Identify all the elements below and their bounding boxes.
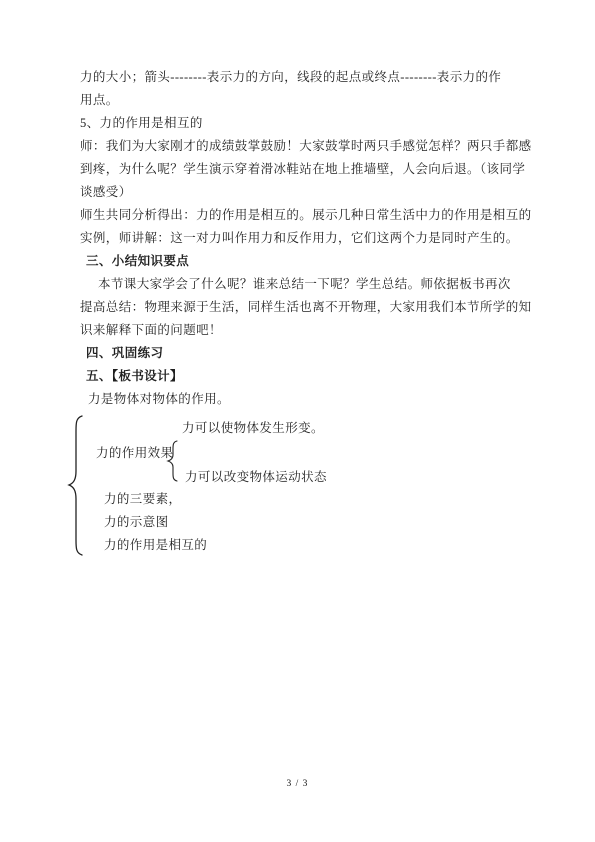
text-line: 力的大小；箭头--------表示力的方向，线段的起点或终点--------表示… — [0, 66, 595, 89]
left-curly-brace-icon — [66, 414, 88, 562]
board-effect-item-2: 力可以改变物体运动状态 — [185, 470, 327, 485]
board-item-diagram: 力的示意图 — [104, 515, 169, 530]
text-line: 提高总结：物理来源于生活，同样生活也离不开物理，大家用我们本节所学的知 — [0, 296, 595, 319]
board-design-diagram: 力可以使物体发生形变。 力的作用效果 力可以改变物体运动状态 力的三要素， 力的… — [0, 412, 595, 572]
section-heading-three: 三、小结知识要点 — [0, 250, 595, 273]
board-intro-line: 力是物体对物体的作用。 — [0, 388, 595, 411]
section-heading-four: 四、巩固练习 — [0, 342, 595, 365]
board-item-elements: 力的三要素， — [104, 492, 181, 507]
text-line: 师：我们为大家刚才的成绩鼓掌鼓励！大家鼓掌时两只手感觉怎样？两只手都感 — [0, 135, 595, 158]
text-line: 谈感受） — [0, 181, 595, 204]
page-number: 3 / 3 — [0, 779, 595, 789]
item-heading-5: 5、力的作用是相互的 — [0, 112, 595, 135]
text-line: 到疼，为什么呢？学生演示穿着滑冰鞋站在地上推墙壁，人会向后退。（该同学 — [0, 158, 595, 181]
small-curly-brace-icon — [166, 439, 180, 487]
board-item-mutual: 力的作用是相互的 — [104, 538, 207, 553]
board-effect-item-1: 力可以使物体发生形变。 — [182, 421, 324, 436]
board-effect-label: 力的作用效果 — [96, 446, 173, 461]
section-heading-five: 五、【板书设计】 — [0, 365, 595, 388]
text-line: 识来解释下面的问题吧！ — [0, 319, 595, 342]
document-body: 力的大小；箭头--------表示力的方向，线段的起点或终点--------表示… — [0, 0, 595, 411]
text-line: 本节课大家学会了什么呢？谁来总结一下呢？学生总结。师依据板书再次 — [0, 273, 595, 296]
text-line: 用点。 — [0, 89, 595, 112]
document-page: 力的大小；箭头--------表示力的方向，线段的起点或终点--------表示… — [0, 0, 595, 842]
text-line: 师生共同分析得出：力的作用是相互的。展示几种日常生活中力的作用是相互的 — [0, 204, 595, 227]
text-line: 实例，师讲解：这一对力叫作用力和反作用力，它们这两个力是同时产生的。 — [0, 227, 595, 250]
